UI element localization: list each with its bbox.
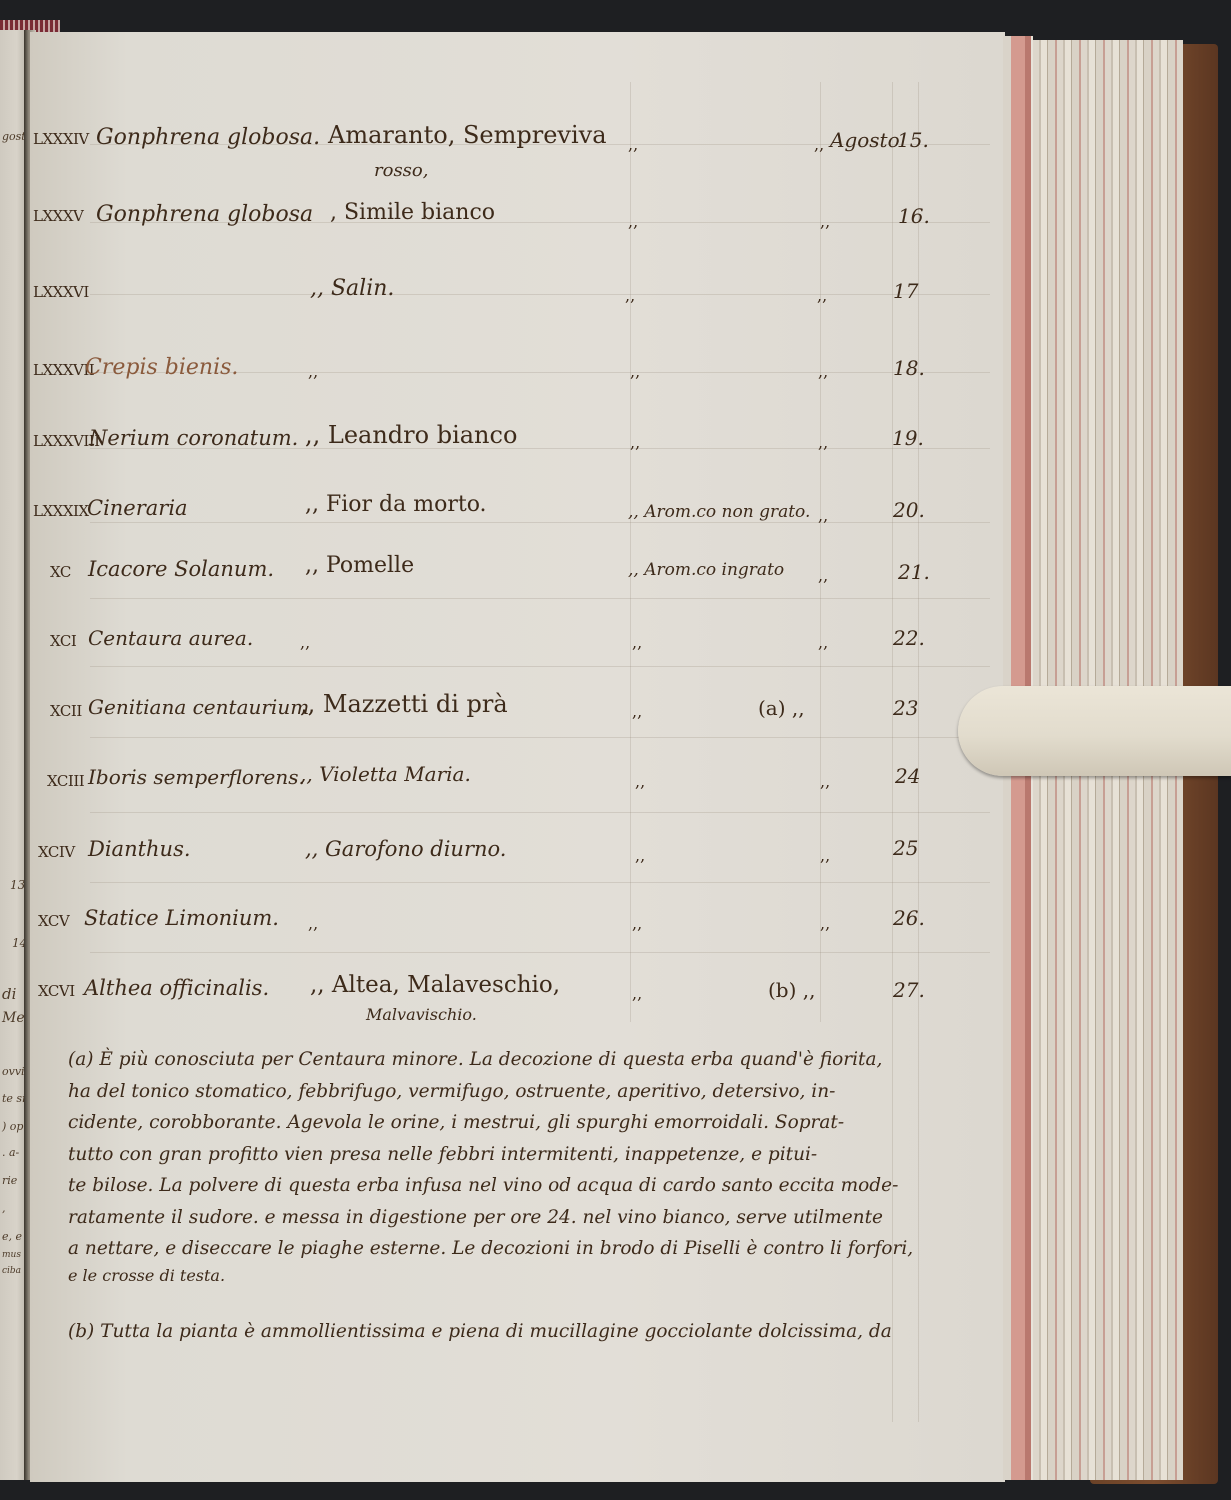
- entry-numeral: LXXXIX: [33, 502, 89, 520]
- day-number: 24: [895, 764, 920, 788]
- common-name: ,, Fior da morto.: [305, 492, 487, 517]
- day-number: 18.: [893, 356, 925, 380]
- entry-numeral: XCV: [38, 912, 69, 930]
- day-number: 17: [893, 279, 918, 303]
- common-name-cont: Malvavischio.: [366, 1005, 477, 1024]
- day-number: 15.: [897, 128, 929, 152]
- ditto-mark: ,,: [818, 566, 828, 585]
- ditto-mark: ,,: [818, 362, 828, 381]
- footnote-line: a nettare, e diseccare le piaghe esterne…: [68, 1233, 948, 1265]
- entry-numeral: LXXXV: [33, 207, 83, 225]
- day-number: 22.: [893, 626, 925, 650]
- footnote-ref-a[interactable]: (a) ,,: [758, 696, 805, 720]
- common-name-cont: rosso,: [374, 160, 428, 181]
- facing-fragment: te si: [2, 1092, 26, 1105]
- common-name: ,, Salin.: [310, 276, 394, 301]
- latin-name: Statice Limonium.: [84, 906, 279, 930]
- ditto-mark: ,,: [818, 633, 828, 652]
- ditto-mark: ,,: [818, 506, 828, 525]
- ditto-mark: ,,: [820, 772, 830, 791]
- margin-mark: 13: [10, 878, 25, 892]
- month-label: Agosto: [830, 128, 900, 152]
- ditto-mark: ,,: [820, 846, 830, 865]
- latin-name: Centaura aurea.: [88, 626, 253, 650]
- day-number: 16.: [898, 204, 930, 228]
- ditto-mark: ,,: [818, 433, 828, 452]
- day-number: 26.: [893, 906, 925, 930]
- ditto-mark: ,,: [625, 286, 635, 305]
- latin-name: Crepis bienis.: [85, 355, 238, 380]
- latin-name: Iboris semperflorens.: [88, 765, 305, 789]
- common-name: Amaranto, Sempreviva: [328, 121, 607, 149]
- day-number: 21.: [898, 560, 930, 584]
- latin-name: Icacore Solanum.: [88, 557, 274, 581]
- facing-fragment: e, e: [2, 1230, 22, 1243]
- common-name: ,, Garofono diurno.: [305, 837, 506, 861]
- ditto-mark: ,,: [817, 286, 827, 305]
- entry-numeral: LXXXVI: [33, 283, 89, 301]
- common-name: ,, Violetta Maria.: [300, 762, 471, 786]
- book-photo: gosto. di Me. ovvi- te si ) ope- . a- ri…: [0, 0, 1231, 1500]
- entry-numeral: XCII: [50, 702, 82, 720]
- facing-fragment: rie: [2, 1174, 17, 1187]
- ditto-mark: ,,: [814, 135, 824, 154]
- latin-name: Cineraria: [87, 496, 188, 520]
- ditto-mark: ,,: [632, 702, 642, 721]
- facing-fragment: ,: [2, 1202, 6, 1215]
- ditto-mark: ,,: [632, 914, 642, 933]
- common-name: ,, Mazzetti di prà: [300, 690, 508, 718]
- day-number: 23: [893, 696, 918, 720]
- footnote-line: e le crosse di testa.: [68, 1265, 948, 1287]
- entry-numeral: XCIII: [47, 772, 84, 790]
- ditto-mark: ,,: [300, 633, 310, 652]
- facing-fragment: di: [2, 985, 16, 1003]
- footnote-b: (b) Tutta la pianta è ammollientissima e…: [68, 1316, 948, 1348]
- ditto-mark: ,,: [628, 212, 638, 231]
- common-name: ,, Altea, Malaveschio,: [310, 972, 560, 998]
- footnote-line: (a) È più conosciuta per Centaura minore…: [68, 1044, 948, 1076]
- entry-numeral: XCVI: [38, 982, 75, 1000]
- common-name: ,, Pomelle: [305, 553, 414, 578]
- ditto-mark: ,,: [630, 433, 640, 452]
- facing-fragment: . a-: [2, 1146, 19, 1159]
- ditto-mark: ,,: [632, 633, 642, 652]
- ditto-mark: ,,: [632, 984, 642, 1003]
- facing-fragment: ciba: [2, 1266, 21, 1276]
- property-note: ,, Arom.co non grato.: [628, 502, 810, 522]
- property-note: ,, Arom.co ingrato: [628, 560, 784, 580]
- day-number: 25: [893, 836, 918, 860]
- ditto-mark: ,,: [628, 135, 638, 154]
- ditto-mark: ,,: [635, 846, 645, 865]
- latin-name: Genitiana centaurium: [88, 695, 309, 719]
- footnote-ref-b[interactable]: (b) ,,: [768, 978, 815, 1002]
- entry-numeral: LXXXIV: [33, 130, 89, 148]
- ditto-mark: ,,: [820, 914, 830, 933]
- footnote-line: ha del tonico stomatico, febbrifugo, ver…: [68, 1076, 948, 1108]
- day-number: 27.: [893, 978, 925, 1002]
- latin-name: Nerium coronatum.: [89, 426, 298, 450]
- latin-name: Dianthus.: [88, 837, 191, 861]
- entry-numeral: XCI: [50, 632, 76, 650]
- ditto-mark: ,,: [635, 772, 645, 791]
- ditto-mark: ,,: [308, 362, 318, 381]
- ditto-mark: ,,: [308, 914, 318, 933]
- entry-numeral: XC: [50, 563, 71, 581]
- common-name: , Simile bianco: [330, 200, 495, 225]
- bone-paper-knife[interactable]: [958, 686, 1231, 776]
- facing-fragment: mus: [2, 1250, 21, 1260]
- latin-name: Gonphrena globosa.: [96, 125, 320, 150]
- footnote-line: (b) Tutta la pianta è ammollientissima e…: [68, 1316, 948, 1348]
- ditto-mark: ,,: [630, 362, 640, 381]
- entry-numeral: XCIV: [38, 843, 75, 861]
- latin-name: Althea officinalis.: [84, 976, 269, 1000]
- latin-name: Gonphrena globosa: [96, 202, 313, 227]
- footnote-line: ratamente il sudore. e messa in digestio…: [68, 1202, 948, 1234]
- day-number: 20.: [893, 498, 925, 522]
- day-number: 19.: [892, 426, 924, 450]
- footnote-a: (a) È più conosciuta per Centaura minore…: [68, 1044, 948, 1287]
- footnote-line: tutto con gran profitto vien presa nelle…: [68, 1139, 948, 1171]
- common-name: ,, Leandro bianco: [305, 421, 517, 449]
- footnote-line: te bilose. La polvere di questa erba inf…: [68, 1170, 948, 1202]
- footnote-line: cidente, corobborante. Agevola le orine,…: [68, 1107, 948, 1139]
- ditto-mark: ,,: [820, 212, 830, 231]
